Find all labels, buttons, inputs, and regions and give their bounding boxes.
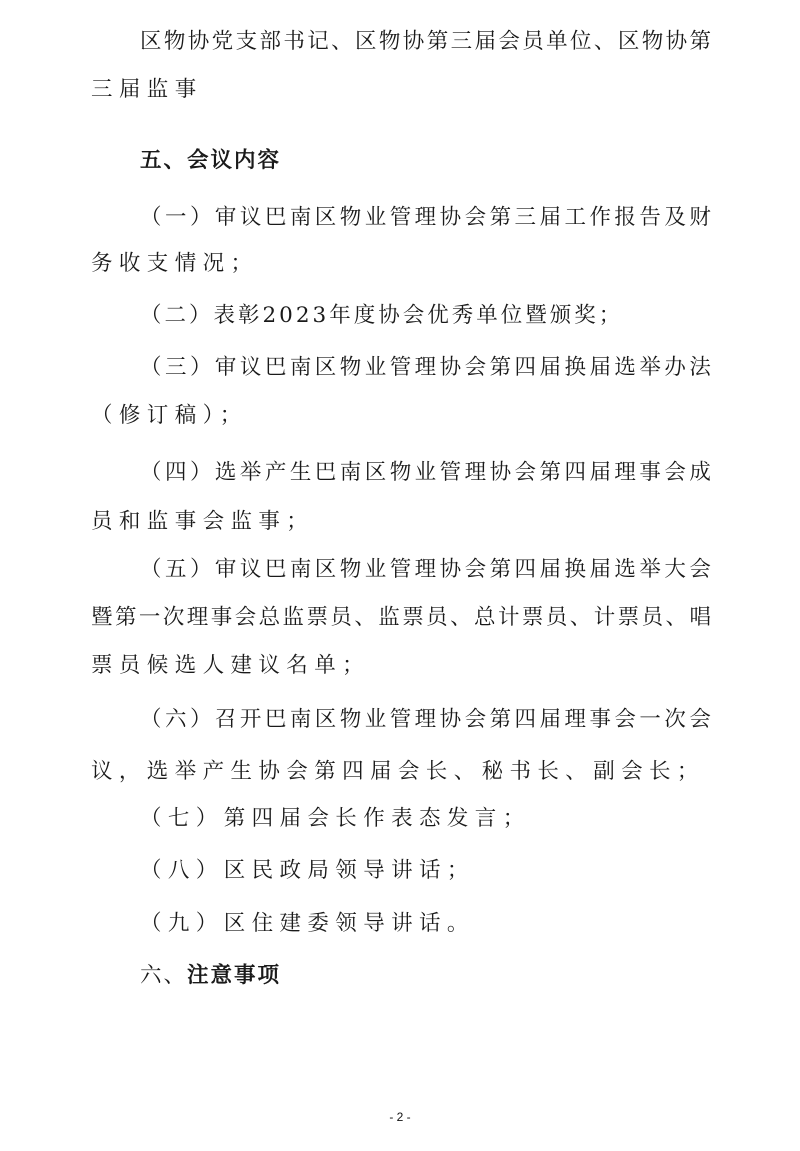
section-5-heading: 五、会议内容 (140, 147, 281, 175)
item-2-line-1: （二）表彰2023年度协会优秀单位暨颁奖； (140, 302, 711, 330)
item-6-line-1: （六）召开巴南区物业管理协会第四届理事会一次会 (140, 706, 711, 734)
document-page: 区物协党支部书记、区物协第三届会员单位、区物协第 三届监事 五、会议内容 （一）… (0, 0, 800, 1151)
page-number: - 2 - (0, 1110, 800, 1124)
item-6-line-2: 议，选举产生协会第四届会长、秘书长、副会长； (91, 758, 711, 786)
continuation-line-1: 区物协党支部书记、区物协第三届会员单位、区物协第 (140, 28, 711, 56)
item-1-line-1: （一）审议巴南区物业管理协会第三届工作报告及财 (140, 204, 711, 232)
item-4-line-2: 员和监事会监事； (91, 508, 711, 536)
section-6-heading: 六、注意事项 (140, 962, 281, 990)
item-5-line-3: 票员候选人建议名单； (91, 652, 711, 680)
item-3-line-1: （三）审议巴南区物业管理协会第四届换届选举办法 (140, 354, 711, 382)
section-6-heading-text: 注意事项 (187, 963, 281, 988)
continuation-line-2: 三届监事 (91, 76, 711, 104)
section-6-heading-prefix: 六、 (140, 963, 187, 988)
item-8-line-1: （八）区民政局领导讲话； (140, 857, 711, 885)
item-5-line-2: 暨第一次理事会总监票员、监票员、总计票员、计票员、唱 (91, 604, 711, 632)
item-1-line-2: 务收支情况； (91, 250, 711, 278)
item-5-line-1: （五）审议巴南区物业管理协会第四届换届选举大会 (140, 556, 711, 584)
item-4-line-1: （四）选举产生巴南区物业管理协会第四届理事会成 (140, 459, 711, 487)
item-9-line-1: （九）区住建委领导讲话。 (140, 910, 711, 938)
item-7-line-1: （七）第四届会长作表态发言； (140, 805, 711, 833)
item-3-line-2: （修订稿）； (91, 402, 711, 430)
